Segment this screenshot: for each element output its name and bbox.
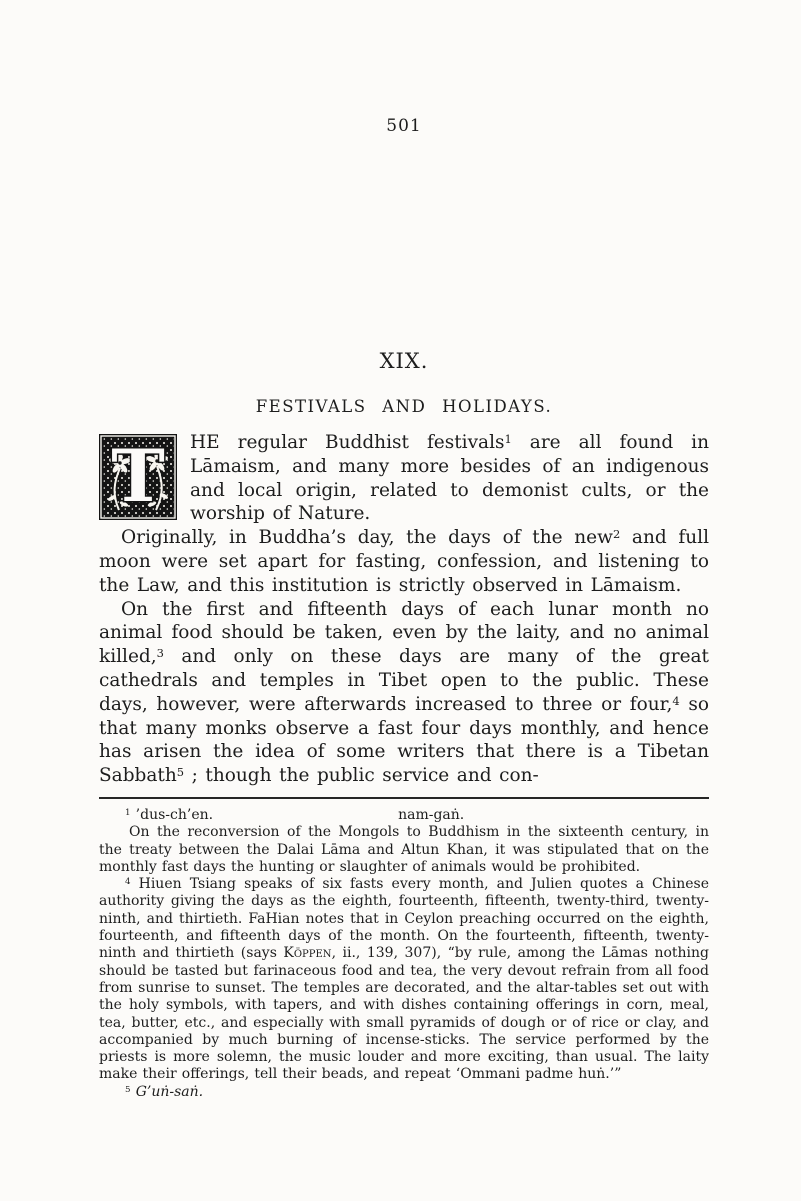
paragraph-2: Originally, in Buddha’s day, the days of… xyxy=(99,526,709,597)
chapter-number: XIX. xyxy=(99,349,709,373)
footnote-divider xyxy=(99,797,709,799)
footnote-4: 4 Hiuen Tsiang speaks of six fasts every… xyxy=(99,876,709,1084)
page-number: 501 xyxy=(99,116,709,136)
footnote-ref: 1 xyxy=(505,432,512,446)
footnote-ref: 3 xyxy=(157,646,164,660)
footnote-5: 5 G’uṅ-saṅ. xyxy=(99,1084,709,1101)
text-column: 501 XIX. FESTIVALS AND HOLIDAYS. xyxy=(99,0,709,1101)
footnote-ref: 5 xyxy=(177,765,184,779)
footnotes: 1 ’dus-ch’en.nam-gaṅ. On the reconversio… xyxy=(99,807,709,1101)
chapter-title: FESTIVALS AND HOLIDAYS. xyxy=(99,397,709,416)
footnote-1-2: 1 ’dus-ch’en.nam-gaṅ. xyxy=(99,807,709,824)
smallcaps-text: öppen xyxy=(294,945,332,961)
ornate-initial-woodcut: T xyxy=(99,434,177,520)
paragraph-3: On the first and fifteenth days of each … xyxy=(99,598,709,788)
italic-text: G’uṅ-saṅ. xyxy=(136,1084,203,1100)
footnote-ref: 1 xyxy=(125,808,131,818)
paragraph-opening: T HE regular Buddhist festivals1 are all… xyxy=(99,431,709,526)
book-page: 501 XIX. FESTIVALS AND HOLIDAYS. xyxy=(0,0,801,1201)
footnote-ref: 2 xyxy=(613,527,620,541)
footnote-ref: 4 xyxy=(125,877,131,887)
paragraph-opening-text: HE regular Buddhist festivals1 are all f… xyxy=(190,432,709,524)
footnote-ref: 5 xyxy=(125,1085,131,1095)
dropcap-letter: T xyxy=(111,434,165,518)
footnote-3: On the reconversion of the Mongols to Bu… xyxy=(99,824,709,876)
body-text: T HE regular Buddhist festivals1 are all… xyxy=(99,431,709,788)
footnote-ref: 4 xyxy=(672,694,679,708)
